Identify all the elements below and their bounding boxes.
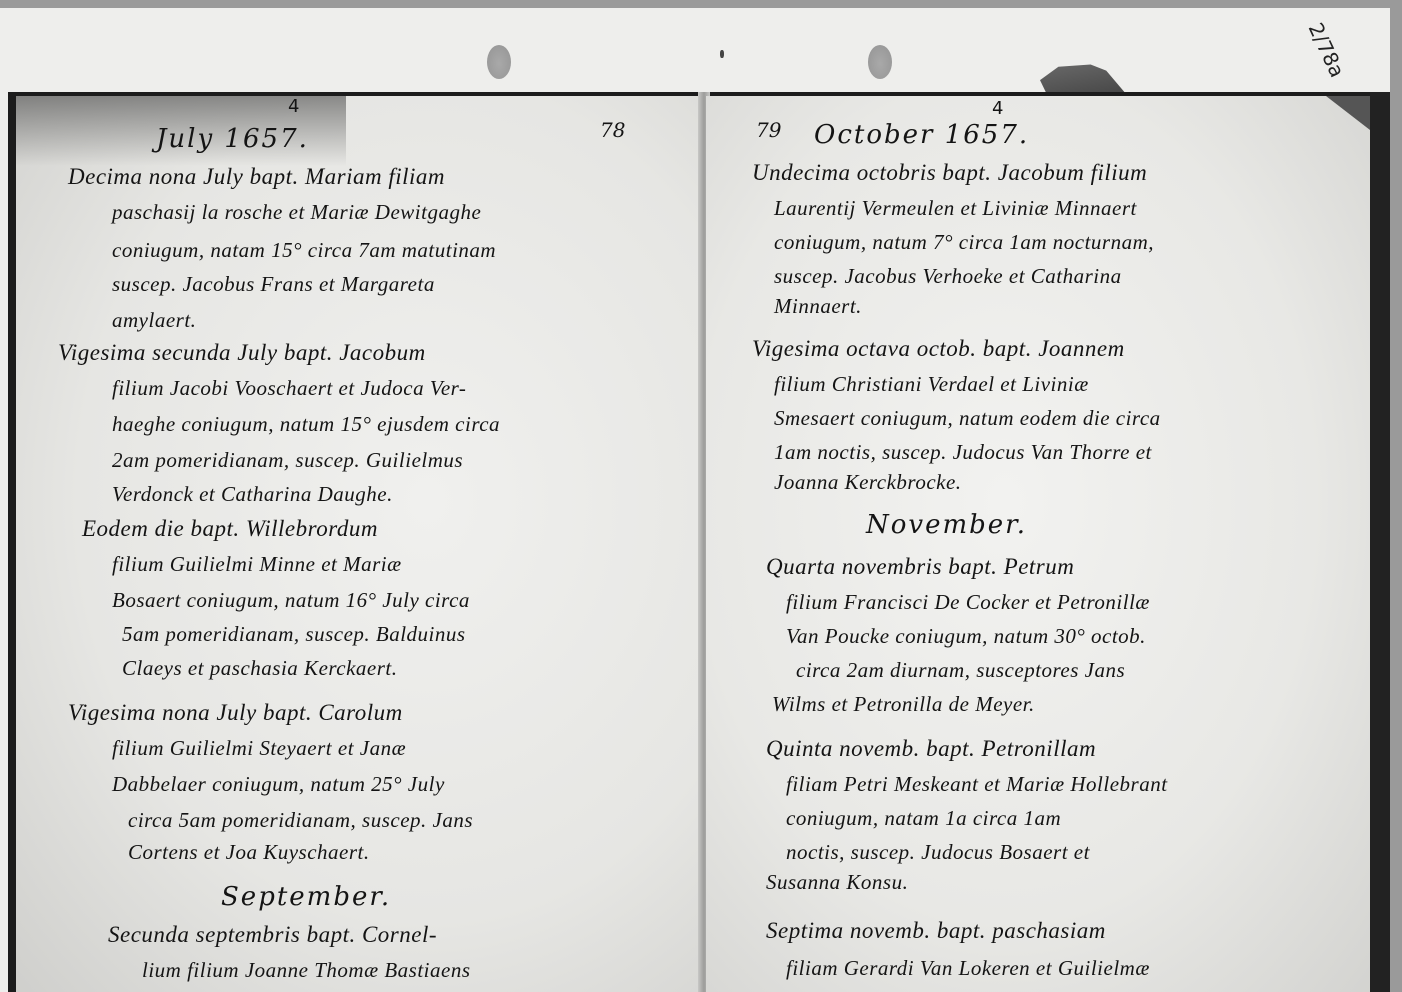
right-page: 4 79 October 1657. Undecima octobris bap… [706, 96, 1370, 992]
folio-check-mark: 4 [288, 96, 299, 117]
archive-number: 2/78a [1305, 20, 1347, 80]
month-heading: October 1657. [814, 120, 1029, 150]
month-heading: July 1657. [156, 124, 309, 154]
punch-hole [868, 45, 892, 79]
entry-line: coniugum, natam 1a circa 1am [786, 806, 1061, 831]
entry-line: Verdonck et Catharina Daughe. [112, 482, 393, 507]
punch-hole [487, 45, 511, 79]
entry-line: coniugum, natum 7° circa 1am nocturnam, [774, 230, 1154, 255]
entry-line: Dabbelaer coniugum, natum 25° July [112, 772, 445, 797]
entry-line: 1am noctis, suscep. Judocus Van Thorre e… [774, 440, 1152, 465]
entry-line: filium Francisci De Cocker et Petronillæ [786, 590, 1150, 615]
entry-line: suscep. Jacobus Verhoeke et Catharina [774, 264, 1122, 289]
entry-line: Laurentij Vermeulen et Liviniæ Minnaert [774, 196, 1137, 221]
book-spine-edge [1370, 92, 1390, 992]
section-heading: November. [866, 510, 1027, 540]
entry-line: filiam Gerardi Van Lokeren et Guilielmæ [786, 956, 1150, 981]
entry-line: coniugum, natam 15° circa 7am matutinam [112, 238, 496, 263]
entry-line: Quarta novembris bapt. Petrum [766, 554, 1074, 580]
entry-line: Vigesima octava octob. bapt. Joannem [752, 336, 1125, 362]
entry-line: filium Guilielmi Minne et Mariæ [112, 552, 402, 577]
entry-line: circa 5am pomeridianam, suscep. Jans [128, 808, 473, 833]
entry-line: Minnaert. [774, 294, 862, 319]
speck-mark [720, 50, 724, 58]
entry-line: haeghe coniugum, natum 15° ejusdem circa [112, 412, 500, 437]
entry-line: filiam Petri Meskeant et Mariæ Hollebran… [786, 772, 1168, 797]
entry-line: Septima novemb. bapt. paschasiam [766, 918, 1106, 944]
entry-line: Susanna Konsu. [766, 870, 908, 895]
entry-line: Undecima octobris bapt. Jacobum filium [752, 160, 1147, 186]
entry-line: 5am pomeridianam, suscep. Balduinus [122, 622, 466, 647]
entry-line: Van Poucke coniugum, natum 30° octob. [786, 624, 1146, 649]
entry-line: Decima nona July bapt. Mariam filiam [68, 164, 445, 190]
entry-line: Claeys et paschasia Kerckaert. [122, 656, 398, 681]
entry-line: Vigesima secunda July bapt. Jacobum [58, 340, 426, 366]
folio-check-mark: 4 [992, 98, 1003, 119]
entry-line: Quinta novemb. bapt. Petronillam [766, 736, 1096, 762]
entry-line: filium Jacobi Vooschaert et Judoca Ver- [112, 376, 466, 401]
register-spread: 4 July 1657. 78 Decima nona July bapt. M… [8, 92, 1390, 992]
page-number: 79 [756, 118, 781, 142]
page-number: 78 [600, 118, 625, 142]
page-corner-fold [1326, 96, 1370, 130]
entry-line: 2am pomeridianam, suscep. Guilielmus [112, 448, 463, 473]
entry-line: circa 2am diurnam, susceptores Jans [796, 658, 1125, 683]
section-heading: September. [221, 882, 391, 912]
entry-line: suscep. Jacobus Frans et Margareta [112, 272, 435, 297]
entry-line: filium Guilielmi Steyaert et Janæ [112, 736, 406, 761]
entry-line: Joanna Kerckbrocke. [774, 470, 962, 495]
entry-line: Secunda septembris bapt. Cornel- [108, 922, 437, 948]
entry-line: lium filium Joanne Thomæ Bastiaens [142, 958, 471, 983]
entry-line: Wilms et Petronilla de Meyer. [772, 692, 1035, 717]
entry-line: Bosaert coniugum, natum 16° July circa [112, 588, 470, 613]
entry-line: Smesaert coniugum, natum eodem die circa [774, 406, 1161, 431]
entry-line: paschasij la rosche et Mariæ Dewitgaghe [112, 200, 481, 225]
entry-line: filium Christiani Verdael et Liviniæ [774, 372, 1089, 397]
entry-line: amylaert. [112, 308, 196, 333]
entry-line: Cortens et Joa Kuyschaert. [128, 840, 370, 865]
entry-line: noctis, suscep. Judocus Bosaert et [786, 840, 1090, 865]
entry-line: Eodem die bapt. Willebrordum [82, 516, 378, 542]
entry-line: Vigesima nona July bapt. Carolum [68, 700, 403, 726]
left-page: 4 July 1657. 78 Decima nona July bapt. M… [16, 96, 702, 992]
